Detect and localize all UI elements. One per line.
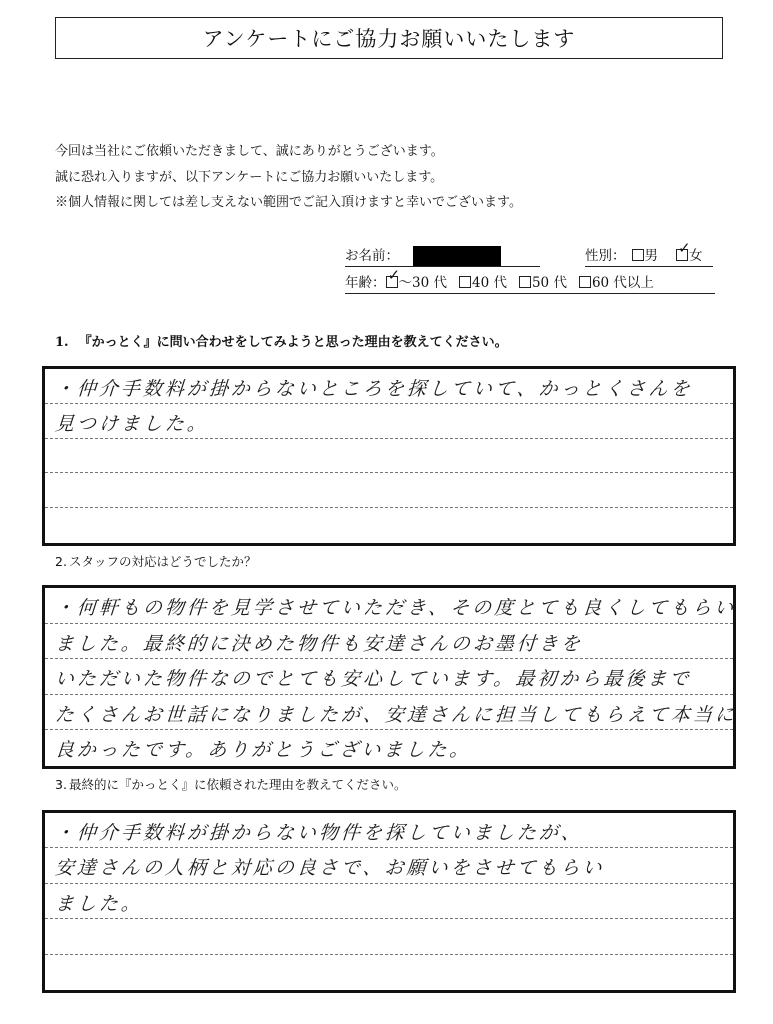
intro-line: 今回は当社にご依頼いただきまして、誠にありがとうございます。 [55,139,522,165]
handwritten-answer-line: 安達さんの人柄と対応の良さで、お願いをさせてもらい [54,853,606,880]
question-text: スタッフの対応はどうでしたか？ [69,554,257,569]
handwritten-answer-line: ました。最終的に決めた物件も安達さんのお墨付きを [54,629,584,656]
name-redacted-value [413,246,501,266]
gender-field: 性別：男女 [585,246,713,267]
intro-line: 誠に恐れ入りますが、以下アンケートにご協力お願いいたします。 [55,165,522,191]
age-50-label: 50 代 [532,275,567,291]
handwritten-answer-line: たくさんお世話になりましたが、安達さんに担当してもらえて本当に [54,700,738,727]
intro-text: 今回は当社にご依頼いただきまして、誠にありがとうございます。 誠に恐れ入りますが… [55,139,522,216]
question-text: 最終的に『かっとく』に依頼された理由を教えてください。 [69,777,407,792]
handwritten-answer-line: 良かったです。ありがとうございました。 [54,735,472,762]
ruled-line [45,954,733,955]
question-number: 1. [55,335,69,350]
question-number: 2. [55,554,67,569]
ruled-line [45,472,733,473]
gender-male-checkbox[interactable] [632,249,644,261]
age-50-checkbox[interactable] [519,276,531,288]
handwritten-answer-line: ました。 [54,889,144,916]
survey-title: アンケートにご協力お願いいたします [55,17,723,59]
age-60-checkbox[interactable] [579,276,591,288]
handwritten-answer-line: ・仲介手数料が掛からないところを探していて、かっとくさんを [54,374,694,401]
ruled-line [45,658,733,659]
ruled-line [45,507,733,508]
question-3: 3.最終的に『かっとく』に依頼された理由を教えてください。 [55,775,406,793]
ruled-line [45,883,733,884]
answer-box-1[interactable]: ・仲介手数料が掛からないところを探していて、かっとくさんを見つけました。 [42,366,736,546]
name-field: お名前： [345,246,540,267]
age-label: 年齢： [345,275,386,291]
ruled-line [45,403,733,404]
age-field: 年齢：～30 代40 代50 代60 代以上 [345,273,715,294]
gender-male-label: 男 [645,248,659,264]
age-30-label: ～30 代 [399,275,447,291]
ruled-line [45,918,733,919]
handwritten-answer-line: ・何軒もの物件を見学させていただき、その度とても良くしてもらい [54,593,737,620]
age-30-checkbox[interactable] [386,276,398,288]
ruled-line [45,694,733,695]
gender-female-checkbox[interactable] [676,249,688,261]
gender-label: 性別： [585,248,626,264]
age-40-label: 40 代 [472,275,507,291]
age-60-label: 60 代以上 [592,275,654,291]
answer-box-2[interactable]: ・何軒もの物件を見学させていただき、その度とても良くしてもらいました。最終的に決… [42,585,736,769]
question-2: 2.スタッフの対応はどうでしたか？ [55,552,256,570]
question-1: 1.『かっとく』に問い合わせをしてみようと思った理由を教えてください。 [55,331,508,350]
handwritten-answer-line: 見つけました。 [54,409,210,436]
handwritten-answer-line: ・仲介手数料が掛からない物件を探していましたが、 [54,818,584,845]
age-40-checkbox[interactable] [459,276,471,288]
name-label: お名前： [345,248,399,264]
question-number: 3. [55,777,67,792]
ruled-line [45,729,733,730]
handwritten-answer-line: いただいた物件なのでとても安心しています。最初から最後まで [54,664,692,691]
ruled-line [45,847,733,848]
gender-female-label: 女 [689,248,703,264]
intro-line: ※個人情報に関しては差し支えない範囲でご記入頂けますと幸いでございます。 [55,190,522,216]
ruled-line [45,438,733,439]
answer-box-3[interactable]: ・仲介手数料が掛からない物件を探していましたが、安達さんの人柄と対応の良さで、お… [42,810,736,993]
question-text: 『かっとく』に問い合わせをしてみようと思った理由を教えてください。 [79,335,508,350]
ruled-line [45,623,733,624]
